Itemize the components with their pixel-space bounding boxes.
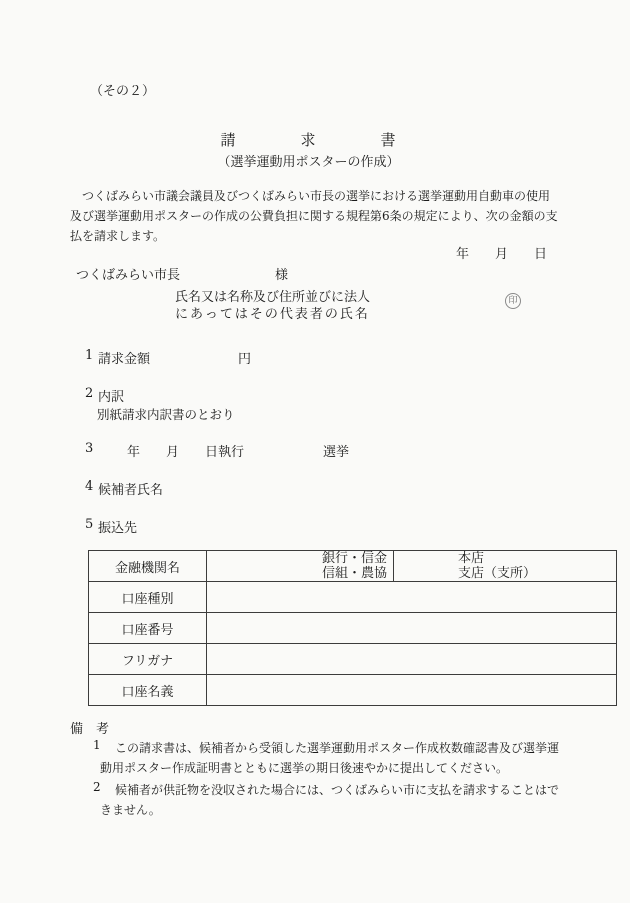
item-number: 3 <box>85 441 93 456</box>
item-label: 候補者氏名 <box>98 479 163 498</box>
item-number: 4 <box>85 479 93 494</box>
row-label: 口座種別 <box>89 582 207 613</box>
seal-mark-icon: 印 <box>505 293 521 309</box>
page-subtitle: （選挙運動用ポスターの作成） <box>70 151 547 170</box>
bank-details-table: 金融機関名 銀行・信金 信組・農協 本店 支店（支所） 口座種別 口座番号 フリ… <box>88 550 617 706</box>
account-type-input-cell <box>207 582 617 613</box>
table-row-account-type: 口座種別 <box>89 582 617 613</box>
item-number: 1 <box>85 348 93 363</box>
table-row-furigana: フリガナ <box>89 644 617 675</box>
item-label: 請求金額 <box>98 348 150 367</box>
item-breakdown-note: 別紙請求内訳書のとおり <box>97 405 235 423</box>
row-label: フリガナ <box>89 644 207 675</box>
institution-type-cell: 銀行・信金 信組・農協 <box>207 551 394 582</box>
furigana-input-cell <box>207 644 617 675</box>
account-holder-input-cell <box>207 675 617 706</box>
recipient-honorific: 様 <box>275 264 288 283</box>
date-line: 年 月 日 <box>70 243 547 262</box>
item-unit-yen: 円 <box>238 348 251 367</box>
item-label: 振込先 <box>98 517 137 536</box>
table-row-account-holder: 口座名義 <box>89 675 617 706</box>
item-number: 2 <box>85 386 93 401</box>
row-label: 口座番号 <box>89 613 207 644</box>
remarks-heading: 備 考 <box>70 718 109 737</box>
item-election-label: 選挙 <box>323 441 349 460</box>
table-row-financial-institution: 金融機関名 銀行・信金 信組・農協 本店 支店（支所） <box>89 551 617 582</box>
document-page: （その２） 請 求 書 （選挙運動用ポスターの作成） つくばみらい市議会議員及び… <box>0 0 630 903</box>
body-paragraph: つくばみらい市議会議員及びつくばみらい市長の選挙における選挙運動用自動車の使用 … <box>70 186 560 246</box>
recipient-name: つくばみらい市長 <box>76 264 180 283</box>
account-number-input-cell <box>207 613 617 644</box>
name-label-line2: にあってはその代表者の氏名 <box>175 303 370 322</box>
note-text: 候補者が供託物を没収された場合には、つくばみらい市に支払を請求することはで きま… <box>100 780 575 820</box>
item-number: 5 <box>85 517 93 532</box>
doc-tag: （その２） <box>90 80 155 99</box>
row-label: 金融機関名 <box>89 551 207 582</box>
note-text: この請求書は、候補者から受領した選挙運動用ポスター作成枚数確認書及び選挙運 動用… <box>100 738 575 778</box>
table-row-account-number: 口座番号 <box>89 613 617 644</box>
page-title: 請 求 書 <box>70 129 547 150</box>
item-label: 内訳 <box>98 386 124 405</box>
row-label: 口座名義 <box>89 675 207 706</box>
branch-type-cell: 本店 支店（支所） <box>394 551 617 582</box>
item-date-executed-label: 年 月 日執行 <box>127 441 244 460</box>
